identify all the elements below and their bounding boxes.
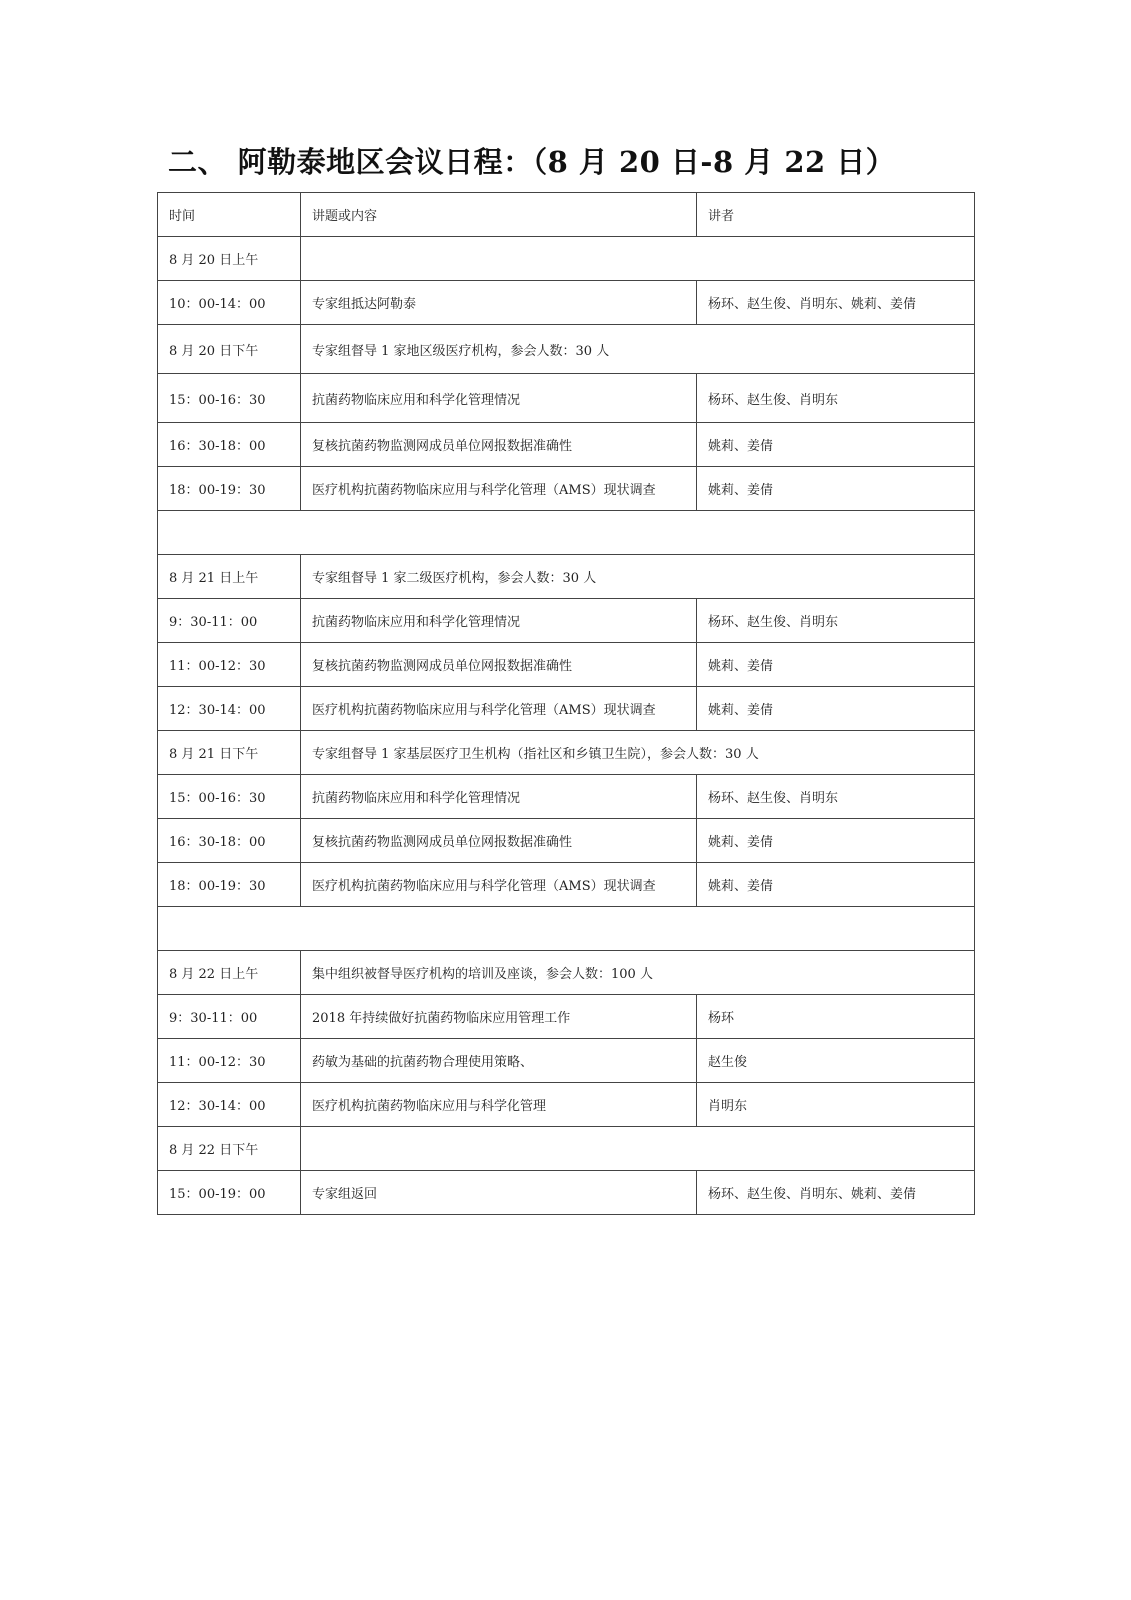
row-speaker: 姚莉、姜倩 [697,687,975,731]
row-speaker: 杨环、赵生俊、肖明东 [697,775,975,819]
table-row: 15：00-16：30 抗菌药物临床应用和科学化管理情况 杨环、赵生俊、肖明东 [158,374,975,423]
row-time: 12：30-14：00 [158,687,301,731]
section-content [301,237,975,281]
table-row: 10：00-14：00 专家组抵达阿勒泰 杨环、赵生俊、肖明东、姚莉、姜倩 [158,281,975,325]
section-row: 8 月 22 日下午 [158,1127,975,1171]
table-row: 18：00-19：30 医疗机构抗菌药物临床应用与科学化管理（AMS）现状调查 … [158,863,975,907]
row-speaker: 姚莉、姜倩 [697,863,975,907]
table-row: 9：30-11：00 抗菌药物临床应用和科学化管理情况 杨环、赵生俊、肖明东 [158,599,975,643]
section-time: 8 月 21 日上午 [158,555,301,599]
blank-row [158,511,975,555]
section-time: 8 月 20 日上午 [158,237,301,281]
section-row: 8 月 22 日上午 集中组织被督导医疗机构的培训及座谈，参会人数：100 人 [158,951,975,995]
table-row: 18：00-19：30 医疗机构抗菌药物临床应用与科学化管理（AMS）现状调查 … [158,467,975,511]
header-speaker: 讲者 [697,193,975,237]
section-row: 8 月 21 日上午 专家组督导 1 家二级医疗机构，参会人数：30 人 [158,555,975,599]
row-time: 15：00-19：00 [158,1171,301,1215]
row-time: 15：00-16：30 [158,374,301,423]
row-content: 复核抗菌药物监测网成员单位网报数据准确性 [301,643,697,687]
header-content: 讲题或内容 [301,193,697,237]
row-content: 医疗机构抗菌药物临床应用与科学化管理（AMS）现状调查 [301,467,697,511]
row-content: 医疗机构抗菌药物临床应用与科学化管理 [301,1083,697,1127]
section-row: 8 月 20 日下午 专家组督导 1 家地区级医疗机构，参会人数：30 人 [158,325,975,374]
row-time: 18：00-19：30 [158,467,301,511]
section-content: 专家组督导 1 家二级医疗机构，参会人数：30 人 [301,555,975,599]
row-time: 9：30-11：00 [158,995,301,1039]
row-time: 16：30-18：00 [158,423,301,467]
table-row: 15：00-16：30 抗菌药物临床应用和科学化管理情况 杨环、赵生俊、肖明东 [158,775,975,819]
row-time: 11：00-12：30 [158,1039,301,1083]
row-content: 2018 年持续做好抗菌药物临床应用管理工作 [301,995,697,1039]
blank-row [158,907,975,951]
row-speaker: 杨环、赵生俊、肖明东、姚莉、姜倩 [697,281,975,325]
section-content [301,1127,975,1171]
section-time: 8 月 21 日下午 [158,731,301,775]
header-time: 时间 [158,193,301,237]
table-row: 11：00-12：30 复核抗菌药物监测网成员单位网报数据准确性 姚莉、姜倩 [158,643,975,687]
table-row: 11：00-12：30 药敏为基础的抗菌药物合理使用策略、 赵生俊 [158,1039,975,1083]
row-time: 15：00-16：30 [158,775,301,819]
row-speaker: 杨环、赵生俊、肖明东 [697,599,975,643]
row-time: 11：00-12：30 [158,643,301,687]
blank-cell [158,511,975,555]
row-content: 医疗机构抗菌药物临床应用与科学化管理（AMS）现状调查 [301,863,697,907]
row-content: 抗菌药物临床应用和科学化管理情况 [301,775,697,819]
row-time: 9：30-11：00 [158,599,301,643]
row-time: 16：30-18：00 [158,819,301,863]
section-time: 8 月 22 日下午 [158,1127,301,1171]
schedule-table: 时间 讲题或内容 讲者 8 月 20 日上午 10：00-14：00 专家组抵达… [157,192,975,1215]
row-content: 专家组抵达阿勒泰 [301,281,697,325]
section-content: 专家组督导 1 家地区级医疗机构，参会人数：30 人 [301,325,975,374]
table-row: 12：30-14：00 医疗机构抗菌药物临床应用与科学化管理 肖明东 [158,1083,975,1127]
section-time: 8 月 20 日下午 [158,325,301,374]
table-row: 15：00-19：00 专家组返回 杨环、赵生俊、肖明东、姚莉、姜倩 [158,1171,975,1215]
row-speaker: 姚莉、姜倩 [697,467,975,511]
table-row: 9：30-11：00 2018 年持续做好抗菌药物临床应用管理工作 杨环 [158,995,975,1039]
section-row: 8 月 21 日下午 专家组督导 1 家基层医疗卫生机构（指社区和乡镇卫生院），… [158,731,975,775]
row-speaker: 杨环 [697,995,975,1039]
row-speaker: 姚莉、姜倩 [697,819,975,863]
row-speaker: 杨环、赵生俊、肖明东、姚莉、姜倩 [697,1171,975,1215]
row-content: 复核抗菌药物监测网成员单位网报数据准确性 [301,819,697,863]
row-content: 药敏为基础的抗菌药物合理使用策略、 [301,1039,697,1083]
table-row: 16：30-18：00 复核抗菌药物监测网成员单位网报数据准确性 姚莉、姜倩 [158,819,975,863]
row-time: 12：30-14：00 [158,1083,301,1127]
row-speaker: 赵生俊 [697,1039,975,1083]
table-header-row: 时间 讲题或内容 讲者 [158,193,975,237]
row-speaker: 杨环、赵生俊、肖明东 [697,374,975,423]
row-content: 医疗机构抗菌药物临床应用与科学化管理（AMS）现状调查 [301,687,697,731]
section-time: 8 月 22 日上午 [158,951,301,995]
row-time: 18：00-19：30 [158,863,301,907]
section-row: 8 月 20 日上午 [158,237,975,281]
section-content: 集中组织被督导医疗机构的培训及座谈，参会人数：100 人 [301,951,975,995]
row-time: 10：00-14：00 [158,281,301,325]
table-row: 12：30-14：00 医疗机构抗菌药物临床应用与科学化管理（AMS）现状调查 … [158,687,975,731]
row-content: 复核抗菌药物监测网成员单位网报数据准确性 [301,423,697,467]
blank-cell [158,907,975,951]
row-content: 专家组返回 [301,1171,697,1215]
row-speaker: 肖明东 [697,1083,975,1127]
section-content: 专家组督导 1 家基层医疗卫生机构（指社区和乡镇卫生院），参会人数：30 人 [301,731,975,775]
row-content: 抗菌药物临床应用和科学化管理情况 [301,599,697,643]
row-content: 抗菌药物临床应用和科学化管理情况 [301,374,697,423]
page-title: 二、 阿勒泰地区会议日程：（8 月 20 日-8 月 22 日） [168,140,895,184]
table-row: 16：30-18：00 复核抗菌药物监测网成员单位网报数据准确性 姚莉、姜倩 [158,423,975,467]
row-speaker: 姚莉、姜倩 [697,643,975,687]
row-speaker: 姚莉、姜倩 [697,423,975,467]
